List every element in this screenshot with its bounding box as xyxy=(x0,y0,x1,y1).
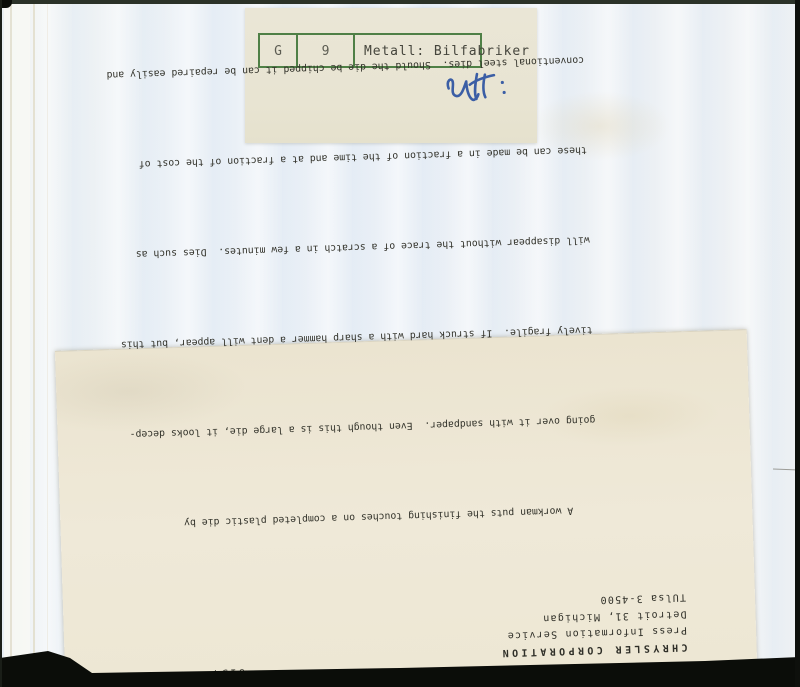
caption-line: going over it with sandpaper. Even thoug… xyxy=(117,404,595,449)
scan-edge-left xyxy=(0,0,2,687)
scan-background-top xyxy=(0,0,800,4)
paper-edge-band xyxy=(4,3,30,662)
press-caption-sheet: 6154 CHRYSLER CORPORATION Press Informat… xyxy=(55,329,757,684)
paper-streak xyxy=(33,3,35,662)
scan-background-right xyxy=(795,0,800,687)
caption-paragraph: A workman puts the finishing touches on … xyxy=(98,0,600,599)
paper-streak xyxy=(10,3,12,662)
caption-line: A workman puts the finishing touches on … xyxy=(120,494,598,539)
caption-line: will disappear without the trace of a sc… xyxy=(112,224,590,269)
caption-line: conventional steel dies. Should the die … xyxy=(106,44,584,89)
paper-streak xyxy=(47,3,48,662)
caption-line: tively fragile. If struck hard with a sh… xyxy=(115,314,593,359)
caption-line: these can be made in a fraction of the t… xyxy=(109,134,587,179)
letterhead: CHRYSLER CORPORATION Press Information S… xyxy=(497,588,687,660)
photo-back-scan: G 9 Metall: Bilfabriker Utt: 615 xyxy=(0,0,800,687)
